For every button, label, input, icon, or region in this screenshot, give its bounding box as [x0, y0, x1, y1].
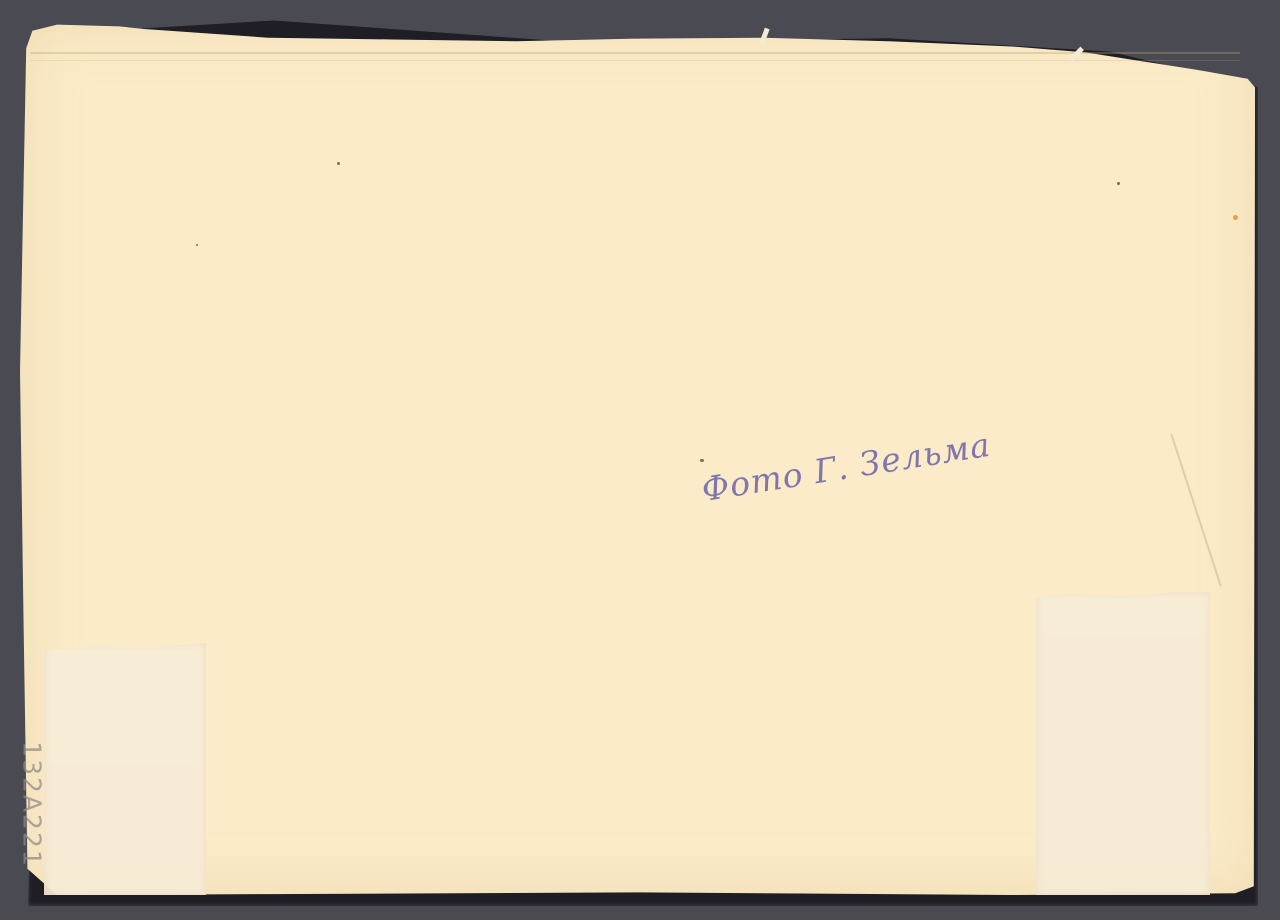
speck [337, 162, 340, 165]
speck [196, 244, 198, 246]
stain-spot [1233, 215, 1238, 220]
pencil-inscription: 132A221 [18, 740, 47, 870]
top-fold-line [30, 52, 1240, 61]
speck [700, 459, 704, 462]
speck [1117, 182, 1120, 185]
tape-patch-left [44, 643, 206, 895]
tape-patch-right [1036, 592, 1210, 895]
